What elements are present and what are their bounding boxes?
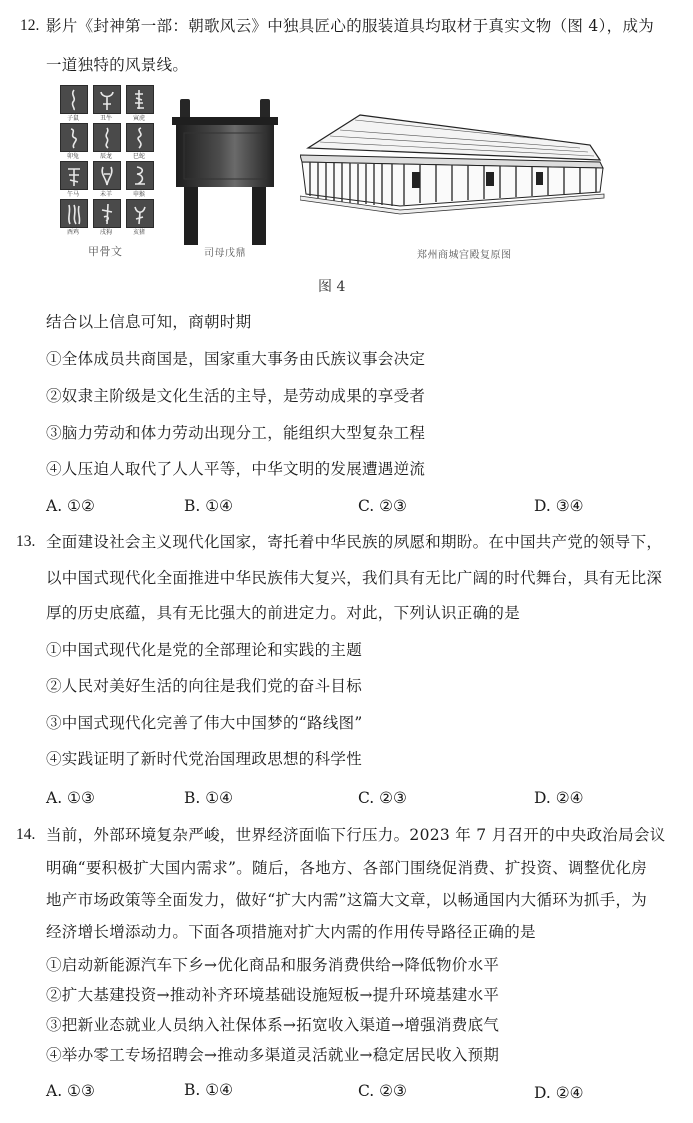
oracle-glyph <box>93 199 121 228</box>
oracle-cell-label: 寅虎 <box>125 113 153 122</box>
figure-caption-oracle: 甲骨文 <box>88 243 123 259</box>
bronze-ding-image <box>170 95 280 250</box>
question-lead: 结合以上信息可知，商朝时期 <box>46 312 251 332</box>
question-stem-line: 经济增长增添动力。下面各项措施对扩大内需的作用传导路径正确的是 <box>46 922 536 942</box>
oracle-glyph <box>60 85 88 114</box>
statement-2: ②扩大基建投资→推动补齐环境基础设施短板→提升环境基建水平 <box>46 985 499 1005</box>
oracle-cell-label: 戌狗 <box>92 227 120 236</box>
figure-label: 图 4 <box>318 276 345 296</box>
statement-2: ②奴隶主阶级是文化生活的主导，是劳动成果的享受者 <box>46 386 425 406</box>
statement-4: ④人压迫人取代了人人平等，中华文明的发展遭遇逆流 <box>46 459 425 479</box>
question-stem-line: 地产市场政策等全面发力，做好“扩大内需”这篇大文章，以畅通国内大循环为抓手，为 <box>46 890 647 910</box>
question-stem-line: 影片《封神第一部：朝歌风云》中独具匠心的服装道具均取材于真实文物（图 4），成为 <box>46 16 654 36</box>
oracle-cell-label: 申猴 <box>125 189 153 198</box>
oracle-glyph <box>60 123 88 152</box>
oracle-glyph <box>126 123 154 152</box>
option-b[interactable]: B. ①④ <box>184 496 233 516</box>
question-number: 13. <box>16 532 35 552</box>
oracle-cell-label: 亥猪 <box>125 227 153 236</box>
option-d[interactable]: D. ③④ <box>534 496 584 516</box>
oracle-glyph <box>93 161 121 190</box>
question-stem-line: 以中国式现代化全面推进中华民族伟大复兴，我们具有无比广阔的时代舞台，具有无比深 <box>46 568 662 588</box>
oracle-glyph <box>126 85 154 114</box>
statement-1: ①全体成员共商国是，国家重大事务由氏族议事会决定 <box>46 349 425 369</box>
option-b[interactable]: B. ①④ <box>184 788 233 808</box>
oracle-cell-label: 丑牛 <box>92 113 120 122</box>
oracle-glyph <box>126 161 154 190</box>
oracle-cell-label: 酉鸡 <box>59 227 87 236</box>
oracle-glyph <box>93 85 121 114</box>
oracle-glyph <box>126 199 154 228</box>
oracle-glyph <box>60 161 88 190</box>
statement-1: ①中国式现代化是党的全部理论和实践的主题 <box>46 640 362 660</box>
oracle-cell-label: 午马 <box>59 189 87 198</box>
oracle-glyph <box>93 123 121 152</box>
option-c[interactable]: C. ②③ <box>358 496 407 516</box>
statement-4: ④举办零工专场招聘会→推动多渠道灵活就业→稳定居民收入预期 <box>46 1045 499 1065</box>
option-d[interactable]: D. ②④ <box>534 788 584 808</box>
statement-2: ②人民对美好生活的向往是我们党的奋斗目标 <box>46 676 362 696</box>
option-d[interactable]: D. ②④ <box>534 1083 584 1103</box>
statement-1: ①启动新能源汽车下乡→优化商品和服务消费供给→降低物价水平 <box>46 955 499 975</box>
option-a[interactable]: A. ①② <box>46 496 95 516</box>
question-stem-line: 一道独特的风景线。 <box>46 55 188 75</box>
option-a[interactable]: A. ①③ <box>46 1081 95 1101</box>
option-c[interactable]: C. ②③ <box>358 1081 407 1101</box>
figure-caption-ding: 司母戊鼎 <box>204 244 246 259</box>
question-number: 12. <box>20 16 39 36</box>
oracle-cell-label: 巳蛇 <box>125 151 153 160</box>
question-stem-line: 当前，外部环境复杂严峻，世界经济面临下行压力。2023 年 7 月召开的中央政治… <box>46 825 666 845</box>
question-stem-line: 全面建设社会主义现代化国家，寄托着中华民族的夙愿和期盼。在中国共产党的领导下， <box>46 532 662 552</box>
oracle-cell-label: 卯兔 <box>59 151 87 160</box>
figure-caption-palace: 郑州商城宫殿复原图 <box>417 246 512 261</box>
oracle-cell-label: 辰龙 <box>92 151 120 160</box>
palace-reconstruction-image <box>300 110 605 220</box>
question-number: 14. <box>16 825 35 845</box>
option-b[interactable]: B. ①④ <box>184 1080 233 1100</box>
statement-3: ③脑力劳动和体力劳动出现分工，能组织大型复杂工程 <box>46 423 425 443</box>
oracle-cell-label: 子鼠 <box>59 113 87 122</box>
oracle-glyph <box>60 199 88 228</box>
question-stem-line: 明确“要积极扩大国内需求”。随后，各地方、各部门围绕促消费、扩投资、调整优化房 <box>46 858 647 878</box>
statement-3: ③中国式现代化完善了伟大中国梦的“路线图” <box>46 713 363 733</box>
statement-3: ③把新业态就业人员纳入社保体系→拓宽收入渠道→增强消费底气 <box>46 1015 499 1035</box>
question-stem-line: 厚的历史底蕴，具有无比强大的前进定力。对此，下列认识正确的是 <box>46 603 520 623</box>
oracle-cell-label: 未羊 <box>92 189 120 198</box>
statement-4: ④实践证明了新时代党治国理政思想的科学性 <box>46 749 362 769</box>
option-a[interactable]: A. ①③ <box>46 788 95 808</box>
option-c[interactable]: C. ②③ <box>358 788 407 808</box>
